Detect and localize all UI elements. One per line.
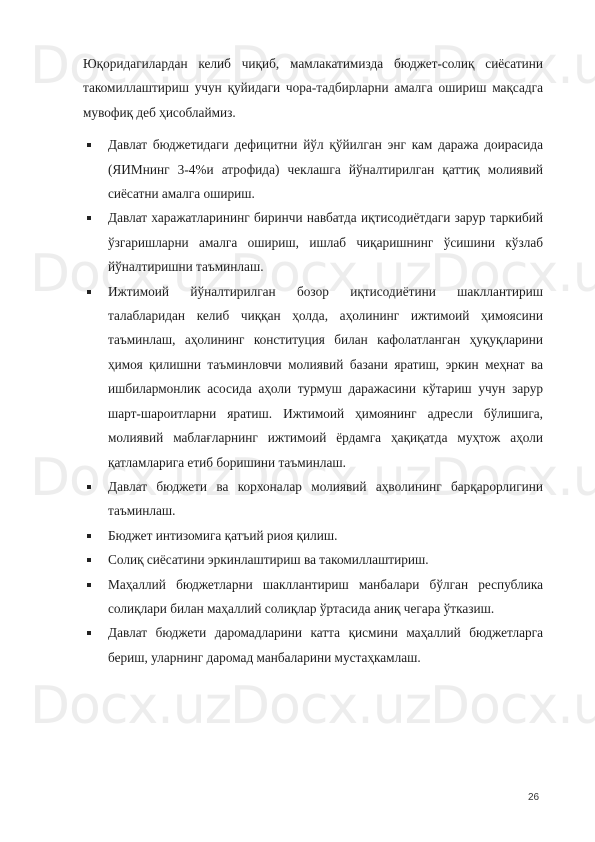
- list-item: Ижтимоий йўналтирилган бозор иқтисодиёти…: [83, 280, 543, 475]
- list-item-text: Бюджет интизомига қатъий риоя қилиш.: [108, 528, 337, 543]
- list-item: Солиқ сиёсатини эркинлаштириш ва такомил…: [83, 548, 543, 572]
- list-item-text: Давлат бюджетидаги дефицитни йўл қўйилга…: [108, 137, 543, 201]
- document-page: Docx.uz Docx.uz Docx.uz Docx.uz Docx.uz …: [0, 0, 595, 842]
- intro-paragraph: Юқоридагилардан келиб чиқиб, мамлакатими…: [83, 52, 543, 125]
- watermark: Docx.uz: [30, 680, 231, 732]
- list-item-text: Ижтимоий йўналтирилган бозор иқтисодиёти…: [108, 284, 543, 470]
- watermark: Docx.uz: [430, 680, 595, 732]
- list-item: Давлат харажатларининг биринчи навбатда …: [83, 206, 543, 279]
- measures-list: Давлат бюджетидаги дефицитни йўл қўйилга…: [83, 133, 543, 670]
- square-bullet-icon: [87, 534, 91, 538]
- page-number: 26: [528, 792, 539, 803]
- square-bullet-icon: [87, 216, 91, 220]
- watermark: Docx.uz: [230, 680, 431, 732]
- list-item: Маҳаллий бюджетларни шакллантириш манбал…: [83, 573, 543, 622]
- list-item-text: Солиқ сиёсатини эркинлаштириш ва такомил…: [108, 552, 429, 567]
- list-item-text: Давлат бюджети ва корхоналар молиявий аҳ…: [108, 479, 543, 518]
- square-bullet-icon: [87, 631, 91, 635]
- document-body: Юқоридагилардан келиб чиқиб, мамлакатими…: [83, 52, 543, 670]
- list-item: Давлат бюджети даромадларини катта қисми…: [83, 621, 543, 670]
- list-item: Бюджет интизомига қатъий риоя қилиш.: [83, 524, 543, 548]
- list-item-text: Маҳаллий бюджетларни шакллантириш манбал…: [108, 577, 543, 616]
- list-item-text: Давлат харажатларининг биринчи навбатда …: [108, 210, 543, 274]
- square-bullet-icon: [87, 558, 91, 562]
- square-bullet-icon: [87, 583, 91, 587]
- square-bullet-icon: [87, 290, 91, 294]
- square-bullet-icon: [87, 485, 91, 489]
- list-item-text: Давлат бюджети даромадларини катта қисми…: [108, 625, 543, 664]
- list-item: Давлат бюджетидаги дефицитни йўл қўйилга…: [83, 133, 543, 206]
- list-item: Давлат бюджети ва корхоналар молиявий аҳ…: [83, 475, 543, 524]
- square-bullet-icon: [87, 143, 91, 147]
